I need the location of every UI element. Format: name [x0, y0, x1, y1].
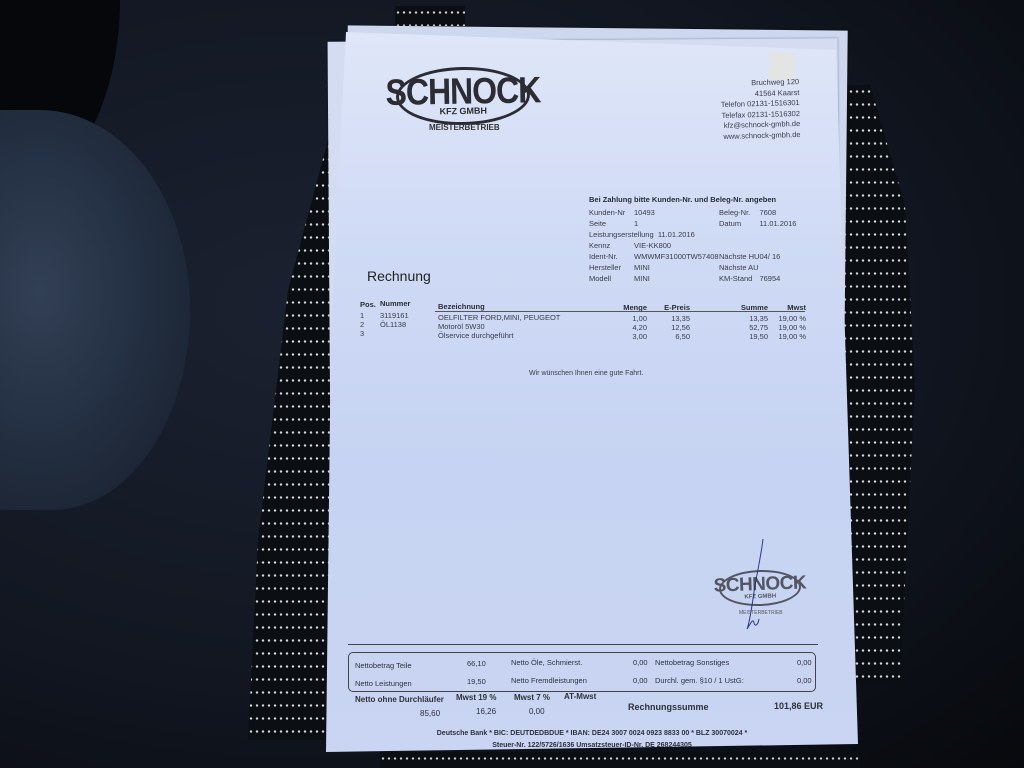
company-tagline: MEISTERBETRIEB [429, 123, 500, 132]
item-pos: 1 [360, 311, 364, 320]
manufacturer-label: Hersteller [589, 262, 634, 273]
invoice-document: SCHNOCK KFZ GMBH MEISTERBETRIEB Bruchweg… [326, 32, 858, 752]
service-date: 11.01.2016 [658, 230, 695, 239]
line-items-header: Pos. Nummer Bezeichnung Menge E-Preis Su… [360, 300, 805, 312]
receipt-number-label: Beleg-Nr. [719, 207, 759, 218]
net-services: 19,50 [467, 677, 486, 686]
net-external-label: Netto Fremdleistungen [511, 676, 587, 685]
net-parts: 66,10 [467, 659, 486, 668]
logo-name: SCHNOCK [385, 72, 540, 109]
page-label: Seite [589, 218, 634, 229]
net-excl: 85,60 [420, 709, 440, 718]
header-number: Nummer [380, 299, 410, 308]
vat19: 16,26 [476, 707, 496, 716]
item-unit-price: 6,50 [655, 332, 690, 341]
net-parts-label: Nettobetrag Teile [355, 661, 412, 670]
item-quantity: 3,00 [615, 332, 647, 341]
mileage: 76954 [759, 273, 796, 284]
vat7: 0,00 [529, 707, 545, 716]
net-oils-label: Netto Öle, Schmierst. [511, 658, 582, 667]
next-hu: 04/ 16 [759, 251, 796, 262]
net-other-label: Nettobetrag Sonstiges [655, 658, 729, 667]
pass-through-label: Durchl. gem. §10 / 1 UstG: [655, 676, 744, 685]
item-pos: 3 [360, 329, 364, 338]
seat-fabric-stripes-bottom [380, 752, 860, 768]
manufacturer: MINI [634, 262, 719, 273]
customer-number-label: Kunden-Nr [589, 207, 634, 218]
model: MINI [634, 273, 719, 284]
item-pos: 2 [360, 320, 364, 329]
info-table: Kunden-Nr 10493 Beleg-Nr. 7608 Seite 1 D… [589, 207, 796, 284]
stamp-subtitle: KFZ GMBH [744, 593, 776, 600]
invoice-date: 11.01.2016 [759, 218, 796, 229]
greeting-text: Wir wünschen Ihnen eine gute Fahrt. [529, 370, 643, 377]
item-vat: 19,00 % [768, 332, 806, 341]
at-vat-label: AT-Mwst [564, 692, 596, 701]
plate-label: Kennz [589, 240, 634, 251]
receipt-number: 7608 [759, 207, 796, 218]
line-items-body: 13119161OELFILTER FORD,MINI, PEUGEOT1,00… [360, 312, 805, 339]
header-pos: Pos. [360, 300, 376, 309]
invoice-total-label: Rechnungssumme [628, 702, 709, 712]
invoice-total: 101,86 EUR [774, 701, 823, 711]
stamp-tagline: MEISTERBETRIEB [739, 610, 783, 616]
company-address: Bruchweg 120 41564 Kaarst Telefon 02131-… [720, 77, 800, 142]
mileage-label: KM-Stand [719, 273, 759, 284]
net-external: 0,00 [633, 676, 648, 685]
item-total: 19,50 [730, 332, 768, 341]
item-number: ÖL1138 [380, 320, 406, 329]
document-title: Rechnung [367, 268, 431, 284]
service-date-row: Leistungserstellung 11.01.2016 [589, 229, 796, 240]
net-oils: 0,00 [633, 658, 648, 667]
net-excl-label: Netto ohne Durchläufer [355, 695, 444, 704]
line-items-table: Pos. Nummer Bezeichnung Menge E-Preis Su… [360, 300, 805, 339]
address-website: www.schnock-gmbh.de [722, 129, 801, 142]
vat7-label: Mwst 7 % [514, 693, 550, 702]
next-au [759, 262, 796, 273]
invoice-info-block: Bei Zahlung bitte Kunden-Nr. und Beleg-N… [589, 195, 796, 284]
table-row: 3Ölservice durchgeführt3,006,5019,5019,0… [360, 330, 805, 339]
license-plate: VIE-KK800 [634, 240, 719, 251]
net-other: 0,00 [797, 658, 812, 667]
next-au-label: Nächste AU [719, 262, 759, 273]
next-hu-label: Nächste HU [719, 251, 759, 262]
payment-note: Bei Zahlung bitte Kunden-Nr. und Beleg-N… [589, 195, 796, 204]
seat-fabric-stripes-top [395, 6, 465, 26]
page-number: 1 [634, 218, 719, 229]
vin-label: Ident-Nr. [589, 251, 634, 262]
net-services-label: Netto Leistungen [355, 679, 412, 688]
totals-box: Nettobetrag Teile 66,10 Netto Öle, Schmi… [348, 652, 816, 692]
company-logo: SCHNOCK KFZ GMBH [396, 66, 531, 126]
header-description: Bezeichnung [438, 302, 485, 311]
item-number: 3119161 [380, 311, 409, 320]
model-label: Modell [589, 273, 634, 284]
customer-number: 10493 [634, 207, 719, 218]
bank-details: Deutsche Bank * BIC: DEUTDEDBDUE * IBAN:… [326, 730, 858, 737]
company-stamp: SCHNOCK KFZ GMBH [718, 569, 801, 608]
item-description: Ölservice durchgeführt [438, 331, 513, 340]
date-label: Datum [719, 218, 759, 229]
table-row: 13119161OELFILTER FORD,MINI, PEUGEOT1,00… [360, 312, 805, 321]
vat19-label: Mwst 19 % [456, 693, 496, 702]
table-row: 2ÖL1138Motoröl 5W304,2012,5652,7519,00 % [360, 321, 805, 330]
service-date-label: Leistungserstellung [589, 230, 654, 239]
stamp-name: SCHNOCK [713, 574, 806, 595]
vin: WMWMF31000TW57408 [634, 251, 719, 262]
pass-through: 0,00 [797, 676, 812, 685]
totals-divider [348, 644, 818, 645]
